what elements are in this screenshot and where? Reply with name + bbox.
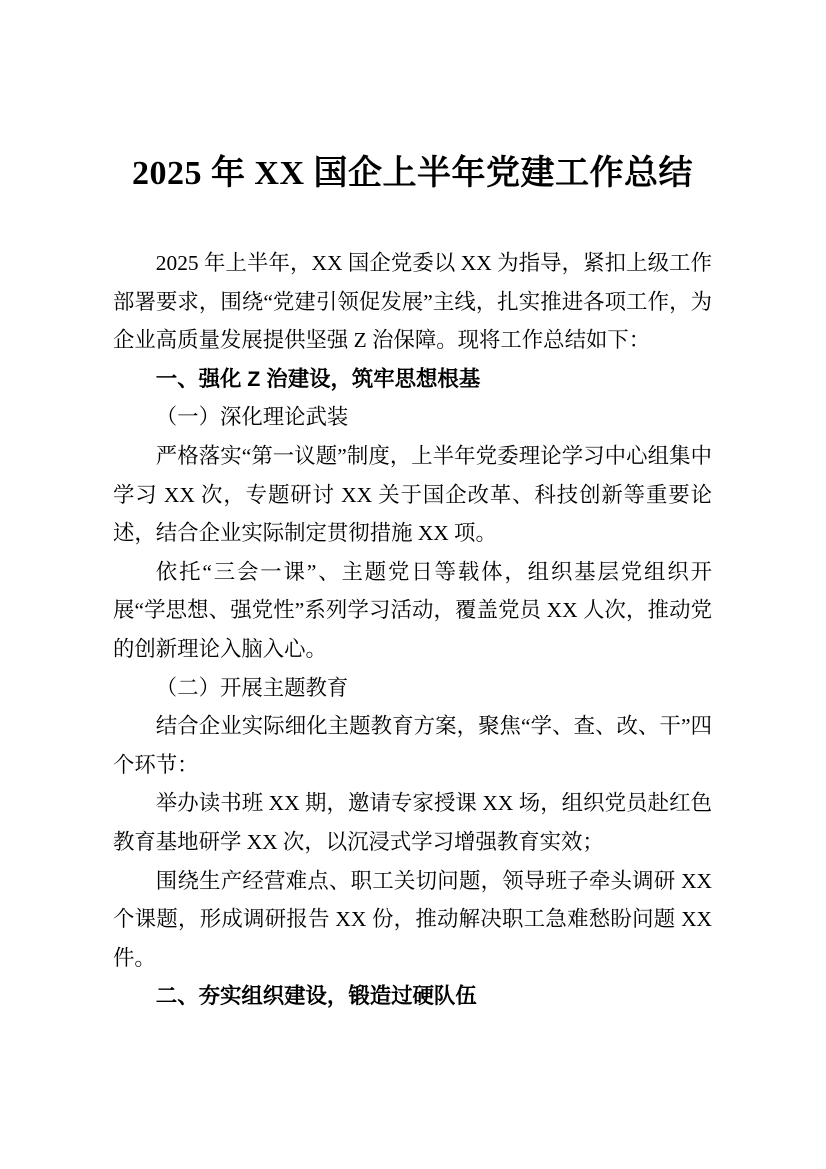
sub-heading-1-1: （一）深化理论武装 <box>113 398 712 437</box>
section-heading-2: 二、夯实组织建设，锻造过硬队伍 <box>113 977 712 1016</box>
document-page: 2025 年 XX 国企上半年党建工作总结 2025 年上半年，XX 国企党委以… <box>0 0 826 1169</box>
sub-heading-1-2: （二）开展主题教育 <box>113 669 712 708</box>
paragraph-education-2: 举办读书班 XX 期，邀请专家授课 XX 场，组织党员赴红色教育基地研学 XX … <box>113 784 712 861</box>
paragraph-theory-1: 严格落实“第一议题”制度，上半年党委理论学习中心组集中学习 XX 次，专题研讨 … <box>113 437 712 553</box>
section-heading-1: 一、强化 Z 治建设，筑牢思想根基 <box>113 360 712 399</box>
paragraph-theory-2: 依托“三会一课”、主题党日等载体，组织基层党组织开展“学思想、强党性”系列学习活… <box>113 553 712 669</box>
paragraph-education-1: 结合企业实际细化主题教育方案，聚焦“学、查、改、干”四个环节： <box>113 707 712 784</box>
paragraph-intro: 2025 年上半年，XX 国企党委以 XX 为指导，紧扣上级工作部署要求，围绕“… <box>113 244 712 360</box>
paragraph-education-3: 围绕生产经营难点、职工关切问题，领导班子牵头调研 XX 个课题，形成调研报告 X… <box>113 862 712 978</box>
document-title: 2025 年 XX 国企上半年党建工作总结 <box>113 150 712 198</box>
